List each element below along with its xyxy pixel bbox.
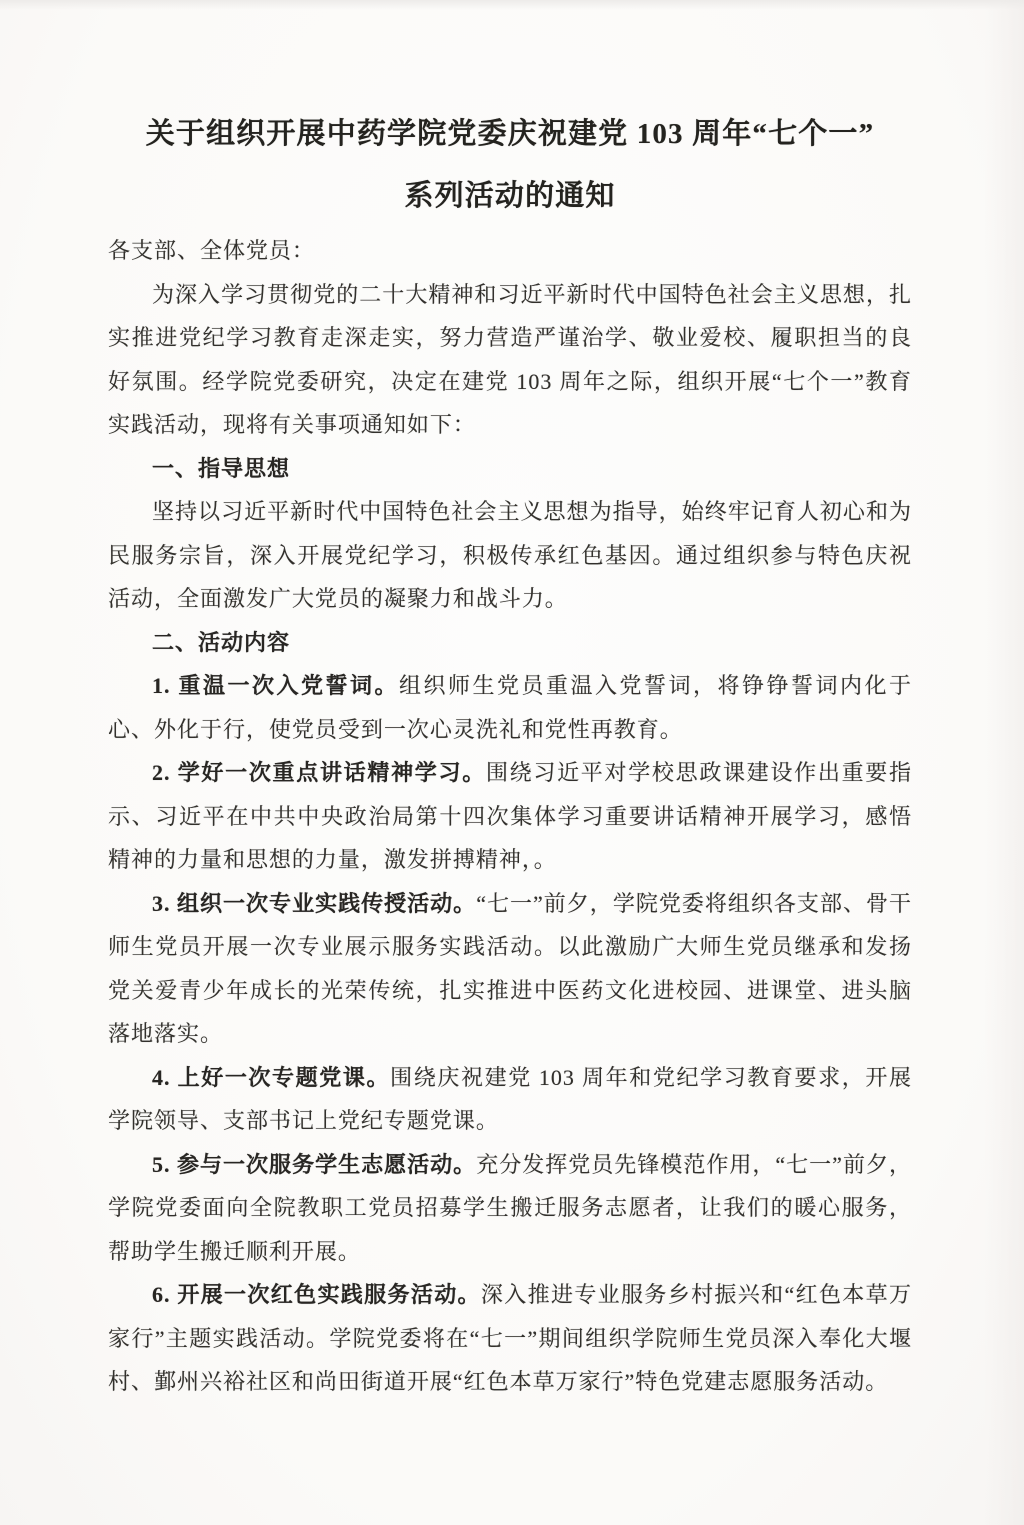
activity-item-4: 4. 上好一次专题党课。围绕庆祝建党 103 周年和党纪学习教育要求，开展学院领… [108,1056,912,1143]
item-2-lead: 2. 学好一次重点讲话精神学习。 [152,760,486,785]
section-1-paragraph: 坚持以习近平新时代中国特色社会主义思想为指导，始终牢记育人初心和为民服务宗旨，深… [108,490,912,621]
activity-item-5: 5. 参与一次服务学生志愿活动。充分发挥党员先锋模范作用，“七一”前夕，学院党委… [108,1143,912,1274]
salutation: 各支部、全体党员： [108,229,912,273]
title-line-2: 系列活动的通知 [108,165,912,227]
notice-body: 各支部、全体党员： 为深入学习贯彻党的二十大精神和习近平新时代中国特色社会主义思… [108,229,912,1404]
notice-title: 关于组织开展中药学院党委庆祝建党 103 周年“七个一” 系列活动的通知 [108,103,912,227]
document-page: 关于组织开展中药学院党委庆祝建党 103 周年“七个一” 系列活动的通知 各支部… [0,0,1024,1525]
activity-item-2: 2. 学好一次重点讲话精神学习。围绕习近平对学校思政课建设作出重要指示、习近平在… [108,751,912,882]
intro-paragraph: 为深入学习贯彻党的二十大精神和习近平新时代中国特色社会主义思想，扎实推进党纪学习… [108,273,912,447]
activity-item-6: 6. 开展一次红色实践服务活动。深入推进专业服务乡村振兴和“红色本草万家行”主题… [108,1273,912,1404]
item-5-lead: 5. 参与一次服务学生志愿活动。 [152,1152,476,1177]
item-1-lead: 1. 重温一次入党誓词。 [152,673,399,698]
activity-item-3: 3. 组织一次专业实践传授活动。“七一”前夕，学院党委将组织各支部、骨干师生党员… [108,882,912,1056]
activity-item-1: 1. 重温一次入党誓词。组织师生党员重温入党誓词，将铮铮誓词内化于心、外化于行，… [108,664,912,751]
item-6-lead: 6. 开展一次红色实践服务活动。 [152,1282,481,1307]
section-1-heading: 一、指导思想 [108,447,912,491]
section-2-heading: 二、活动内容 [108,621,912,665]
item-4-lead: 4. 上好一次专题党课。 [152,1065,390,1090]
item-3-lead: 3. 组织一次专业实践传授活动。 [152,891,476,916]
title-line-1: 关于组织开展中药学院党委庆祝建党 103 周年“七个一” [108,103,912,165]
